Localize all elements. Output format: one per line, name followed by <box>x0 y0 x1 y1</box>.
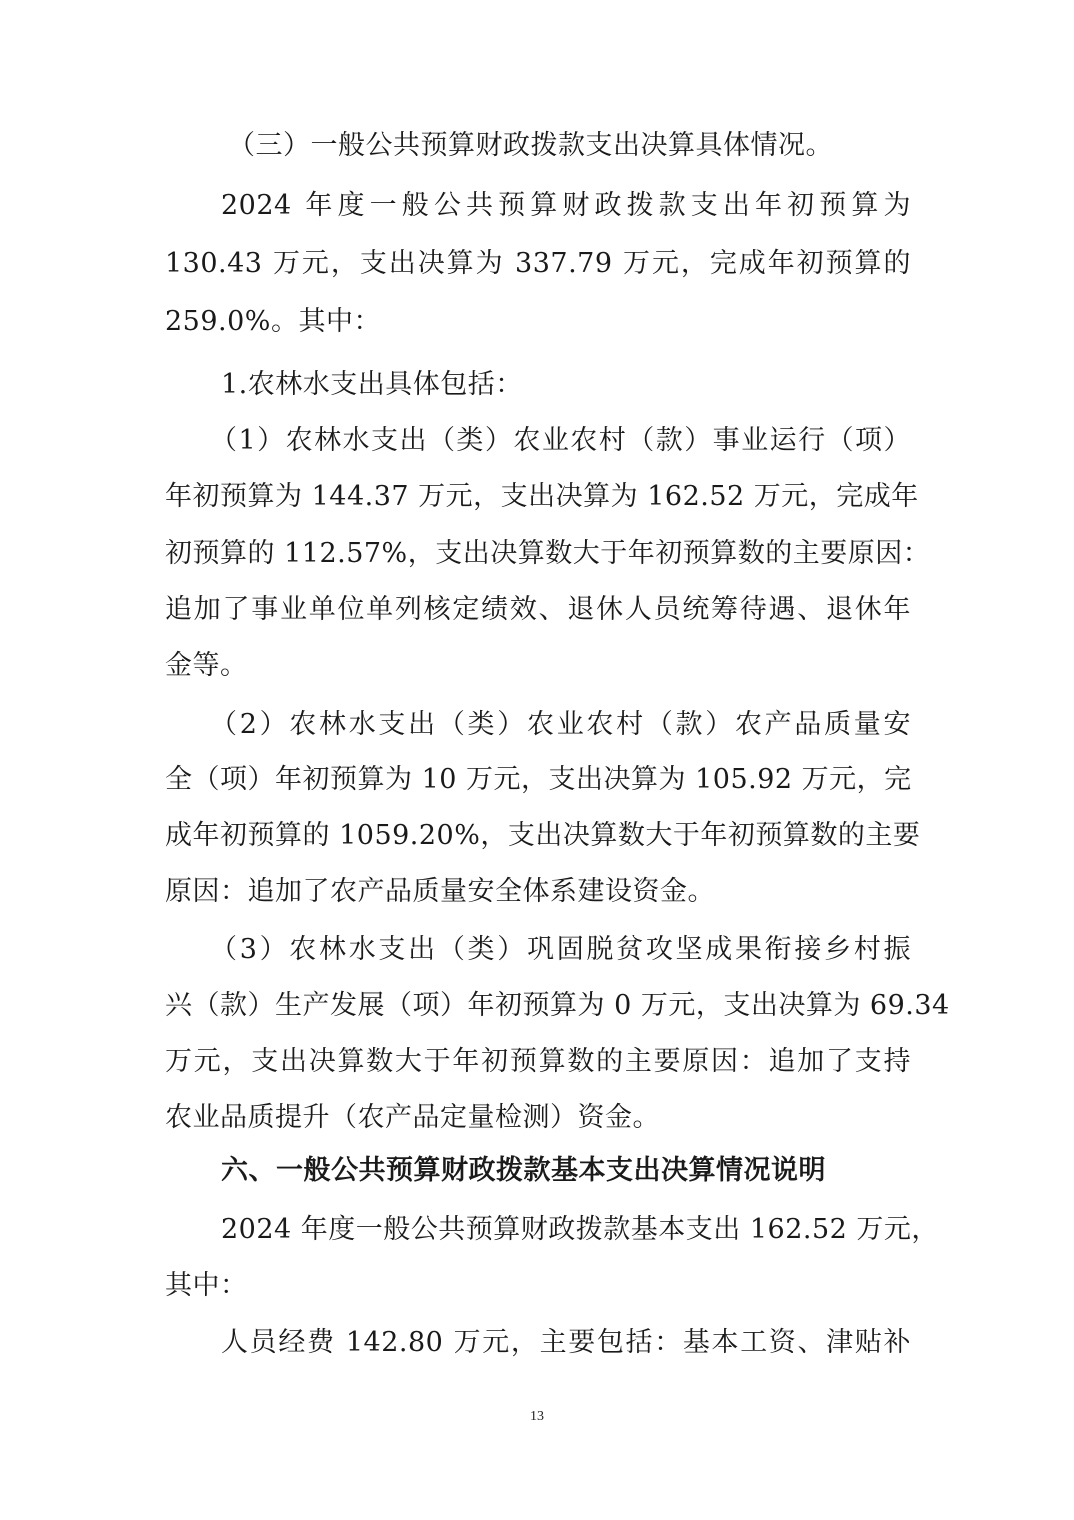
page-number: 13 <box>0 1409 1074 1425</box>
item-1-2-line-1: （2）农林水支出（类）农业农村（款）农产品质量安 <box>210 705 911 745</box>
basic-expenditure-line-2: 其中： <box>165 1266 911 1306</box>
item-1-3-line-3: 万元，支出决算数大于年初预算数的主要原因：追加了支持 <box>165 1042 911 1082</box>
item-1-2-line-2: 全（项）年初预算为 10 万元，支出决算为 105.92 万元，完 <box>165 760 911 800</box>
item-1-2-line-3: 成年初预算的 1059.20%，支出决算数大于年初预算数的主要 <box>165 816 911 856</box>
item-1-2-line-4: 原因：追加了农产品质量安全体系建设资金。 <box>165 872 911 912</box>
item-1-1-line-3: 初预算的 112.57%，支出决算数大于年初预算数的主要原因： <box>165 534 911 574</box>
item-1-3-line-4: 农业品质提升（农产品定量检测）资金。 <box>165 1098 911 1138</box>
overview-line-2: 130.43 万元，支出决算为 337.79 万元，完成年初预算的 <box>165 244 911 284</box>
section-6-heading: 六、一般公共预算财政拨款基本支出决算情况说明 <box>221 1151 911 1191</box>
item-1-1-line-5: 金等。 <box>165 646 911 686</box>
document-page: （三）一般公共预算财政拨款支出决算具体情况。 2024 年度一般公共预算财政拨款… <box>0 0 1074 1520</box>
basic-expenditure-line-1: 2024 年度一般公共预算财政拨款基本支出 162.52 万元， <box>221 1210 911 1250</box>
item-1-1-line-4: 追加了事业单位单列核定绩效、退休人员统筹待遇、退休年 <box>165 590 911 630</box>
overview-line-3: 259.0%。其中： <box>165 302 911 342</box>
item-1-1-line-1: （1）农林水支出（类）农业农村（款）事业运行（项） <box>210 421 911 461</box>
item-1-3-line-2: 兴（款）生产发展（项）年初预算为 0 万元，支出决算为 69.34 <box>165 986 911 1026</box>
item-1-1-line-2: 年初预算为 144.37 万元，支出决算为 162.52 万元，完成年 <box>165 477 911 517</box>
item-1-3-line-1: （3）农林水支出（类）巩固脱贫攻坚成果衔接乡村振 <box>210 930 911 970</box>
subsection-3-title: （三）一般公共预算财政拨款支出决算具体情况。 <box>228 126 918 166</box>
item-1-heading: 1.农林水支出具体包括： <box>221 365 911 405</box>
overview-line-1: 2024 年度一般公共预算财政拨款支出年初预算为 <box>221 186 911 226</box>
personnel-expenses-line-1: 人员经费 142.80 万元，主要包括：基本工资、津贴补 <box>221 1323 911 1363</box>
